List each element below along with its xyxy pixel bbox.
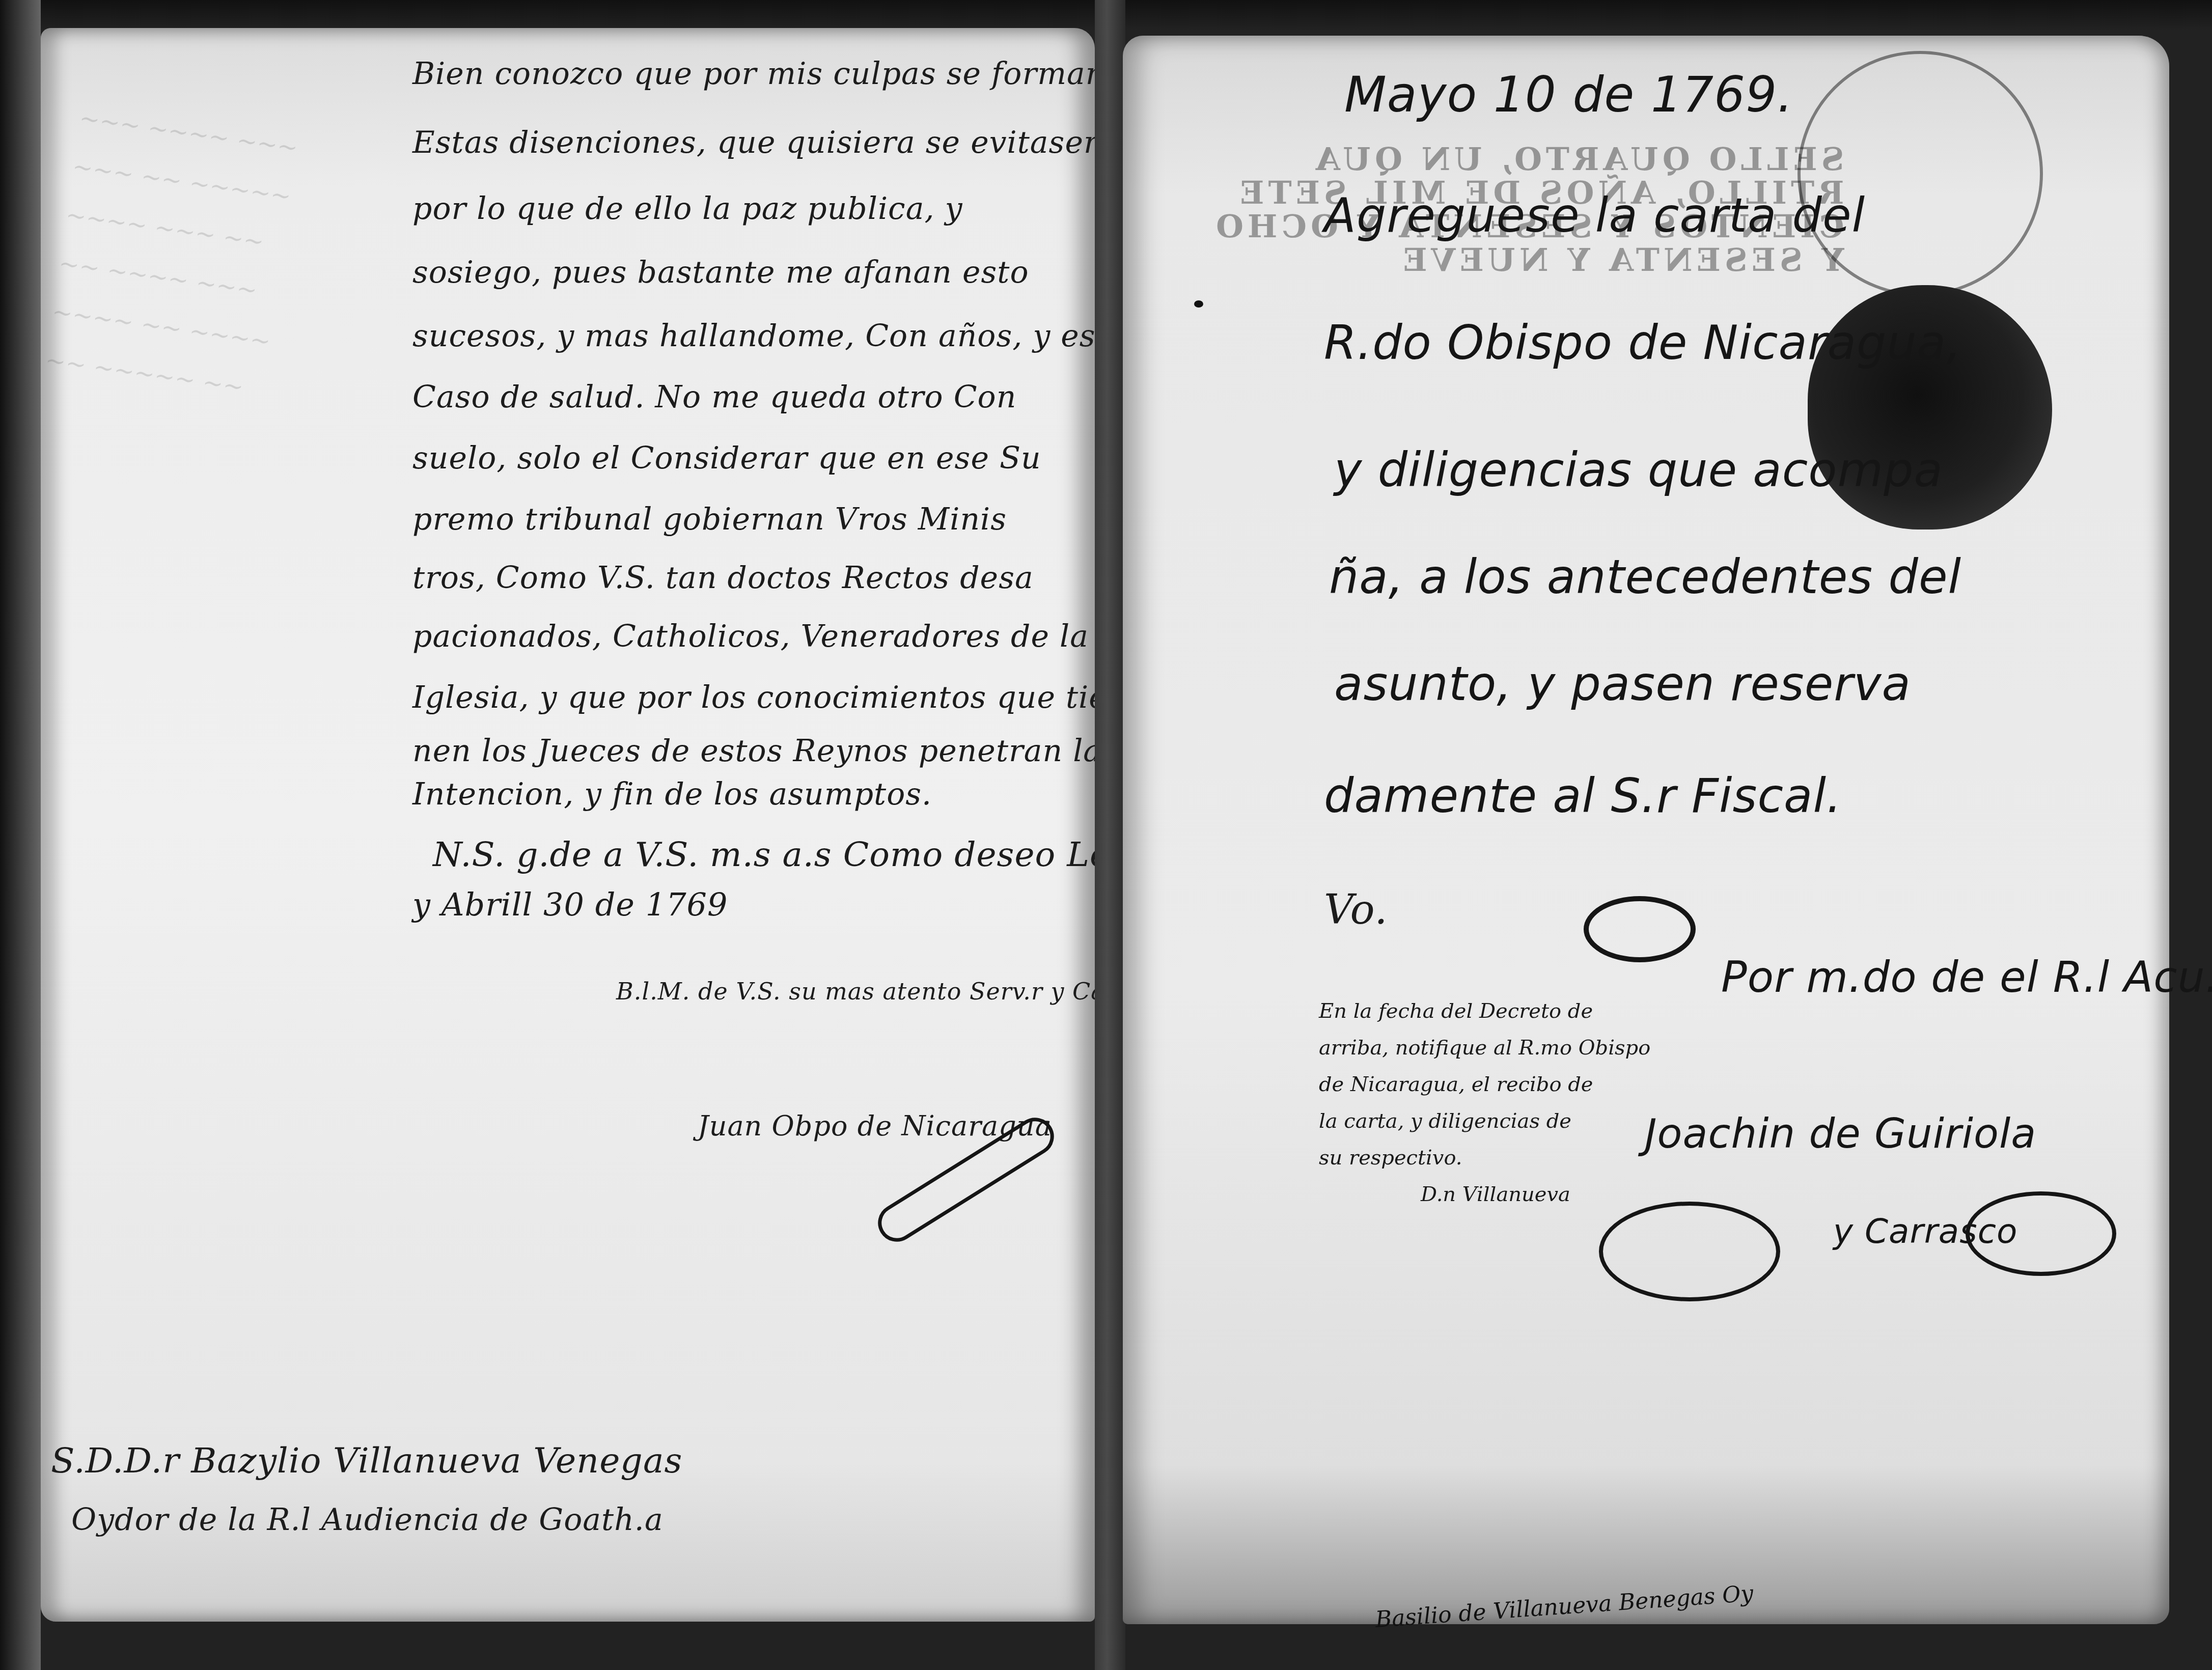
margin-note-line-5: su respectivo. bbox=[1319, 1139, 1650, 1176]
addressee-line-2: Oydor de la R.l Audiencia de Goath.a bbox=[71, 1502, 663, 1538]
stamp-line-1: SELLO QUARTO, UN QUA bbox=[1212, 143, 1844, 176]
signature-rubric-left bbox=[1599, 1202, 1780, 1301]
signature-rubric-right bbox=[1966, 1191, 2116, 1276]
closing-salutation: B.l.M. de V.S. su mas atento Serv.r y Ca… bbox=[616, 978, 1160, 1005]
confirmation-signature: Joachin de Guiriola bbox=[1645, 1110, 2036, 1157]
left-line-5: sucesos, y mas hallandome, Con años, y e… bbox=[412, 318, 1096, 354]
left-line-7: suelo, solo el Considerar que en ese Su bbox=[412, 440, 1041, 476]
decree-line-1: Agreguese la carta del bbox=[1324, 188, 1865, 243]
left-line-4: sosiego, pues bastante me afanan esto bbox=[412, 255, 1029, 290]
left-line-2: Estas disenciones, que quisiera se evita… bbox=[412, 125, 1104, 160]
rubric-flourish bbox=[1584, 896, 1696, 962]
left-page-bleed-through: ~~~ ~~~~ ~~~~~~ ~~ ~~~~~~~~~ ~~~ ~~~~ ~~… bbox=[42, 94, 366, 424]
left-line-8: premo tribunal gobiernan Vros Minis bbox=[412, 502, 1007, 537]
left-line-6: Caso de salud. No me queda otro Con bbox=[412, 379, 1016, 415]
margin-note-signature: D.n Villanueva bbox=[1319, 1176, 1650, 1213]
decree-line-4: ña, a los antecedentes del bbox=[1329, 550, 1961, 604]
margin-note-line-3: de Nicaragua, el recibo de bbox=[1319, 1066, 1650, 1103]
margin-note-line-2: arriba, notifique al R.mo Obispo bbox=[1319, 1029, 1650, 1066]
left-line-9: tros, Como V.S. tan doctos Rectos desa bbox=[412, 560, 1034, 596]
left-line-10: pacionados, Catholicos, Veneradores de l… bbox=[412, 619, 1089, 654]
stamp-line-4: Y SESENTA Y NUEVE bbox=[1212, 243, 1844, 277]
decree-line-3: y diligencias que acompa bbox=[1334, 443, 1943, 497]
confirmation-line-1: Por m.do de el R.l Acu.do bbox=[1721, 952, 2212, 1002]
book-binding bbox=[0, 0, 41, 1670]
closing-date: y Abrill 30 de 1769 bbox=[412, 886, 728, 923]
circular-stamp bbox=[1798, 51, 2043, 296]
book-gutter bbox=[1095, 0, 1125, 1670]
manuscript-spread: ~~~ ~~~~ ~~~~~~ ~~ ~~~~~~~~~ ~~~ ~~~~ ~~… bbox=[0, 0, 2212, 1670]
left-line-3: por lo que de ello la paz publica, y bbox=[412, 191, 963, 227]
decree-line-5: asunto, y pasen reserva bbox=[1334, 657, 1911, 711]
left-line-11: Iglesia, y que por los conocimientos que… bbox=[412, 680, 1108, 715]
margin-note-line-4: la carta, y diligencias de bbox=[1319, 1103, 1650, 1139]
decree-line-2: R.do Obispo de Nicaragua, bbox=[1324, 316, 1961, 370]
margin-note: En la fecha del Decreto de arriba, notif… bbox=[1319, 993, 1650, 1213]
ink-dot bbox=[1194, 300, 1203, 308]
margin-note-line-1: En la fecha del Decreto de bbox=[1319, 993, 1650, 1029]
left-line-1: Bien conozco que por mis culpas se forma… bbox=[412, 56, 1105, 92]
left-line-13: Intencion, y fin de los asumptos. bbox=[412, 776, 932, 812]
decree-line-6: damente al S.r Fiscal. bbox=[1324, 769, 1842, 823]
closing-line-1: N.S. g.de a V.S. m.s a.s Como deseo Leon bbox=[433, 835, 1153, 874]
rubric-initials: Vo. bbox=[1324, 886, 1388, 933]
decree-date: Mayo 10 de 1769. bbox=[1344, 66, 1793, 123]
addressee-line-1: S.D.D.r Bazylio Villanueva Venegas bbox=[51, 1441, 682, 1481]
left-line-12: nen los Jueces de estos Reynos penetran … bbox=[412, 733, 1102, 769]
